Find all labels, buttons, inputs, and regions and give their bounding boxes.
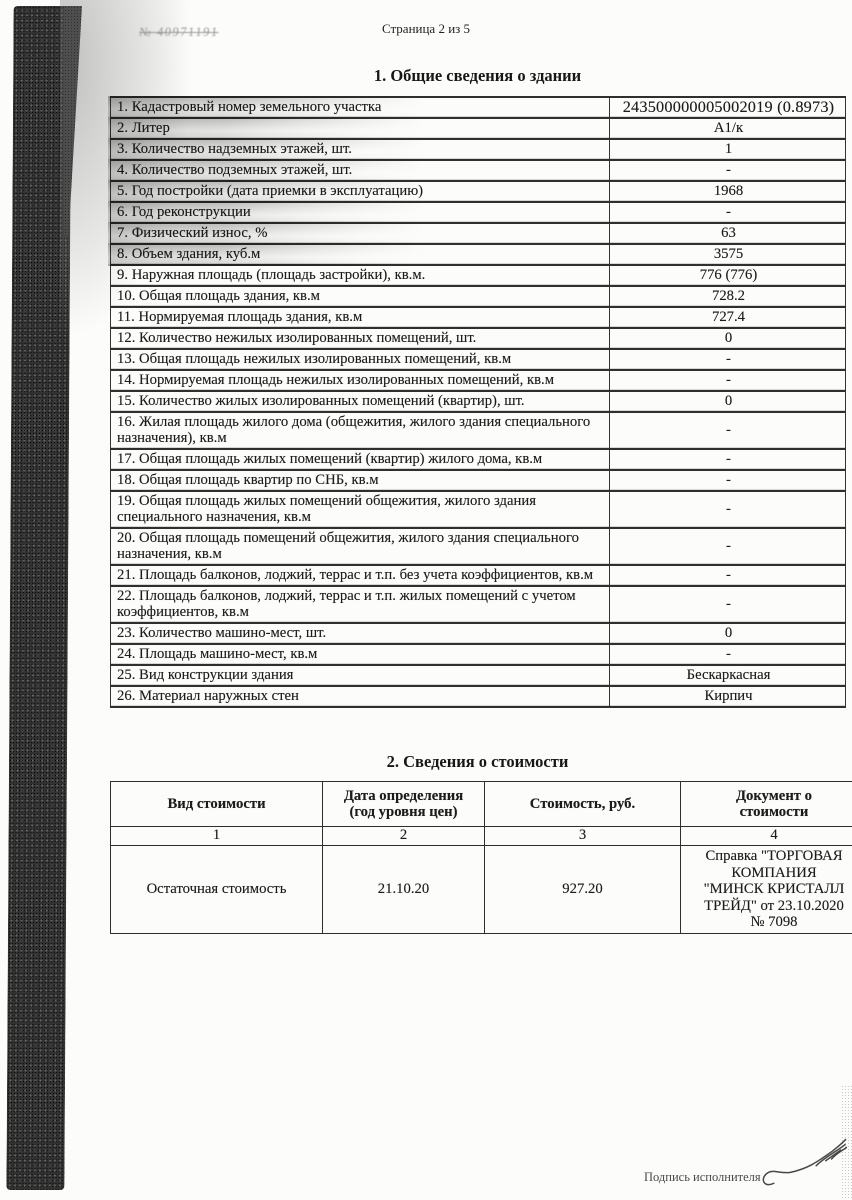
row-label: 2. Литер xyxy=(111,118,610,139)
row-label: 8. Объем здания, куб.м xyxy=(111,244,610,265)
building-info-row: 9. Наружная площадь (площадь застройки),… xyxy=(111,265,846,286)
row-label: 26. Материал наружных стен xyxy=(111,686,610,707)
row-label: 16. Жилая площадь жилого дома (общежития… xyxy=(111,412,610,449)
row-label: 14. Нормируемая площадь нежилых изолиров… xyxy=(111,370,610,391)
row-label: 11. Нормируемая площадь здания, кв.м xyxy=(111,307,610,328)
building-info-row: 5. Год постройки (дата приемки в эксплуа… xyxy=(111,181,846,202)
building-info-row: 17. Общая площадь жилых помещений (кварт… xyxy=(111,449,846,470)
cost-data-row: Остаточная стоимость21.10.20927.20Справк… xyxy=(111,846,852,934)
row-value: - xyxy=(610,586,846,623)
cost-header-row-cell: Дата определения (год уровня цен) xyxy=(323,782,485,827)
row-label: 6. Год реконструкции xyxy=(111,202,610,223)
cost-column-number-row: 1234 xyxy=(111,827,852,846)
row-label: 12. Количество нежилых изолированных пом… xyxy=(111,328,610,349)
cost-header-row-cell: Стоимость, руб. xyxy=(485,782,681,827)
row-value: - xyxy=(610,491,846,528)
building-info-row: 3. Количество надземных этажей, шт.1 xyxy=(111,139,846,160)
row-value: - xyxy=(610,644,846,665)
row-label: 15. Количество жилых изолированных помещ… xyxy=(111,391,610,412)
building-info-table-body: 1. Кадастровый номер земельного участка2… xyxy=(111,97,846,707)
signature-label: Подпись исполнителя xyxy=(644,1170,761,1185)
building-info-row: 7. Физический износ, %63 xyxy=(111,223,846,244)
row-label: 4. Количество подземных этажей, шт. xyxy=(111,160,610,181)
row-value: - xyxy=(610,412,846,449)
building-info-row: 19. Общая площадь жилых помещений общежи… xyxy=(111,491,846,528)
building-info-row: 12. Количество нежилых изолированных пом… xyxy=(111,328,846,349)
row-value: А1/к xyxy=(610,118,846,139)
row-label: 7. Физический износ, % xyxy=(111,223,610,244)
building-info-row: 26. Материал наружных стенКирпич xyxy=(111,686,846,707)
building-info-row: 21. Площадь балконов, лоджий, террас и т… xyxy=(111,565,846,586)
row-value: - xyxy=(610,565,846,586)
building-info-row: 23. Количество машино-мест, шт.0 xyxy=(111,623,846,644)
row-value: 728.2 xyxy=(610,286,846,307)
row-value: - xyxy=(610,470,846,491)
row-value: - xyxy=(610,202,846,223)
cost-data-row-cell: Справка "ТОРГОВАЯ КОМПАНИЯ "МИНСК КРИСТА… xyxy=(681,846,852,934)
building-info-row: 4. Количество подземных этажей, шт.- xyxy=(111,160,846,181)
row-label: 20. Общая площадь помещений общежития, ж… xyxy=(111,528,610,565)
cost-column-number-row-cell: 2 xyxy=(323,827,485,846)
cost-header-row-cell: Документ о стоимости xyxy=(681,782,852,827)
building-info-row: 20. Общая площадь помещений общежития, ж… xyxy=(111,528,846,565)
cost-column-number-row-cell: 1 xyxy=(111,827,323,846)
row-value: 243500000005002019 (0.8973) xyxy=(610,97,846,118)
cost-info-table: Вид стоимостиДата определения (год уровн… xyxy=(110,781,852,934)
section2-title: 2. Сведения о стоимости xyxy=(110,752,845,772)
row-label: 19. Общая площадь жилых помещений общежи… xyxy=(111,491,610,528)
building-info-row: 1. Кадастровый номер земельного участка2… xyxy=(111,97,846,118)
executor-signature-icon xyxy=(756,1135,852,1194)
building-info-row: 14. Нормируемая площадь нежилых изолиров… xyxy=(111,370,846,391)
cost-column-number-row-cell: 4 xyxy=(681,827,852,846)
row-label: 24. Площадь машино-мест, кв.м xyxy=(111,644,610,665)
row-label: 18. Общая площадь квартир по СНБ, кв.м xyxy=(111,470,610,491)
row-value: 1968 xyxy=(610,181,846,202)
building-info-row: 8. Объем здания, куб.м3575 xyxy=(111,244,846,265)
cost-column-number-row-cell: 3 xyxy=(485,827,681,846)
row-label: 13. Общая площадь нежилых изолированных … xyxy=(111,349,610,370)
row-value: 63 xyxy=(610,223,846,244)
cost-data-row-cell: 21.10.20 xyxy=(323,846,485,934)
row-value: - xyxy=(610,349,846,370)
row-value: - xyxy=(610,528,846,565)
row-label: 22. Площадь балконов, лоджий, террас и т… xyxy=(111,586,610,623)
scan-binding-shadow xyxy=(6,6,71,1190)
building-info-row: 10. Общая площадь здания, кв.м728.2 xyxy=(111,286,846,307)
cost-header-row: Вид стоимостиДата определения (год уровн… xyxy=(111,782,852,827)
row-label: 25. Вид конструкции здания xyxy=(111,665,610,686)
row-value: 776 (776) xyxy=(610,265,846,286)
row-label: 5. Год постройки (дата приемки в эксплуа… xyxy=(111,181,610,202)
row-value: - xyxy=(610,160,846,181)
row-label: 21. Площадь балконов, лоджий, террас и т… xyxy=(111,565,610,586)
row-label: 3. Количество надземных этажей, шт. xyxy=(111,139,610,160)
building-info-row: 24. Площадь машино-мест, кв.м- xyxy=(111,644,846,665)
row-value: 0 xyxy=(610,391,846,412)
building-info-table: 1. Кадастровый номер земельного участка2… xyxy=(110,96,846,708)
building-info-row: 6. Год реконструкции- xyxy=(111,202,846,223)
cost-data-row-cell: Остаточная стоимость xyxy=(111,846,323,934)
building-info-row: 11. Нормируемая площадь здания, кв.м727.… xyxy=(111,307,846,328)
row-label: 23. Количество машино-мест, шт. xyxy=(111,623,610,644)
cost-header-row-cell: Вид стоимости xyxy=(111,782,323,827)
cost-info-table-body: Вид стоимостиДата определения (год уровн… xyxy=(111,782,852,934)
row-value: Кирпич xyxy=(610,686,846,707)
building-info-row: 18. Общая площадь квартир по СНБ, кв.м- xyxy=(111,470,846,491)
row-value: 727.4 xyxy=(610,307,846,328)
row-value: 0 xyxy=(610,623,846,644)
page-number-label: Страница 2 из 5 xyxy=(0,21,852,37)
cost-data-row-cell: 927.20 xyxy=(485,846,681,934)
row-value: 3575 xyxy=(610,244,846,265)
scan-binding-shadow-top xyxy=(64,6,82,236)
row-value: 1 xyxy=(610,139,846,160)
building-info-row: 22. Площадь балконов, лоджий, террас и т… xyxy=(111,586,846,623)
row-label: 17. Общая площадь жилых помещений (кварт… xyxy=(111,449,610,470)
building-info-row: 16. Жилая площадь жилого дома (общежития… xyxy=(111,412,846,449)
row-label: 10. Общая площадь здания, кв.м xyxy=(111,286,610,307)
building-info-row: 2. ЛитерА1/к xyxy=(111,118,846,139)
row-value: - xyxy=(610,370,846,391)
row-value: Бескаркасная xyxy=(610,665,846,686)
building-info-row: 15. Количество жилых изолированных помещ… xyxy=(111,391,846,412)
row-value: - xyxy=(610,449,846,470)
row-value: 0 xyxy=(610,328,846,349)
building-info-row: 13. Общая площадь нежилых изолированных … xyxy=(111,349,846,370)
row-label: 1. Кадастровый номер земельного участка xyxy=(111,97,610,118)
section1-title: 1. Общие сведения о здании xyxy=(110,66,845,86)
row-label: 9. Наружная площадь (площадь застройки),… xyxy=(111,265,610,286)
building-info-row: 25. Вид конструкции зданияБескаркасная xyxy=(111,665,846,686)
